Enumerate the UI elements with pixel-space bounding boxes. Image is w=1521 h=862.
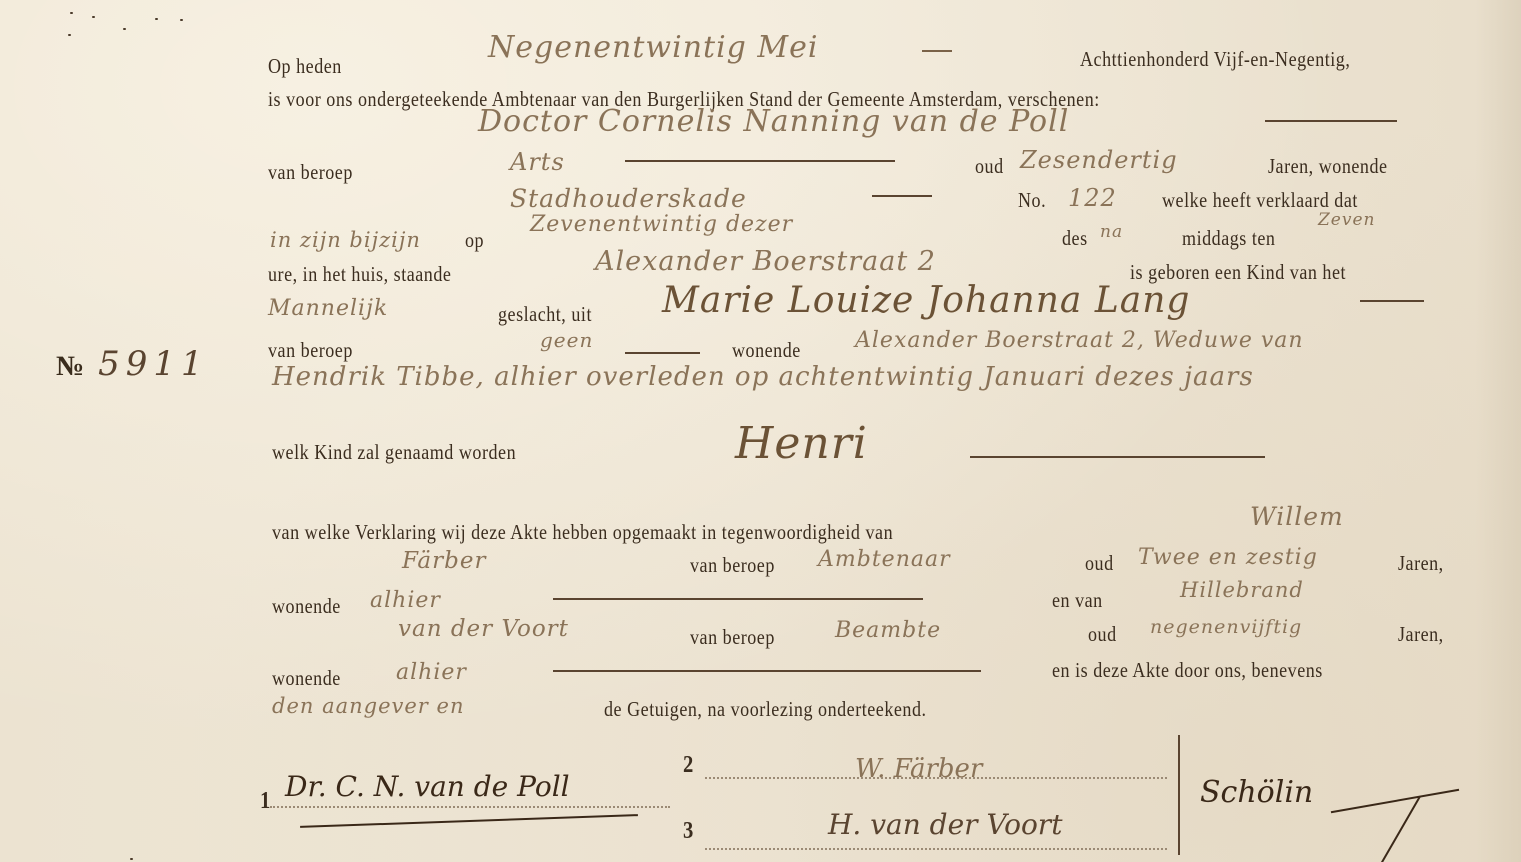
signature-number-2: 2 [683, 752, 694, 779]
signature-line-2 [705, 777, 1167, 779]
hand-in-zijn-bijzijn: in zijn bijzijn [270, 228, 421, 252]
printed-van-beroep-mother: van beroep [268, 338, 353, 363]
printed-no: No. [1018, 188, 1046, 213]
printed-wonende-w1: wonende [272, 594, 341, 619]
printed-jaren-w2: Jaren, [1398, 622, 1444, 647]
hand-witness1-residence: alhier [370, 588, 441, 613]
rule [625, 352, 700, 354]
hand-den-aangever: den aangever en [272, 694, 464, 718]
hand-mother-residence: Alexander Boerstraat 2, Weduwe van [855, 328, 1304, 353]
record-number-label: № [56, 351, 84, 382]
hand-declarant-age: Zesendertig [1020, 146, 1178, 174]
hand-birth-date: Zevenentwintig dezer [530, 212, 793, 237]
printed-akte-door-ons: en is deze Akte door ons, benevens [1052, 658, 1323, 683]
signature-official-flourish [1331, 789, 1459, 814]
hand-mother-name: Marie Louize Johanna Lang [662, 280, 1190, 321]
record-number-value: 5911 [98, 344, 209, 384]
printed-des: des [1062, 226, 1088, 251]
signature-official: Schölin [1200, 775, 1313, 810]
printed-op-heden: Op heden [268, 54, 342, 79]
printed-middags-ten: middags ten [1182, 226, 1275, 251]
signature-brace [1178, 735, 1180, 855]
signature-number-3: 3 [683, 818, 694, 845]
hand-mother-occupation: geen [540, 328, 593, 352]
printed-verklaring: van welke Verklaring wij deze Akte hebbe… [272, 520, 893, 545]
hand-birth-hour: Zeven [1318, 210, 1376, 230]
hand-witness1-occupation: Ambtenaar [818, 547, 951, 572]
hand-child-name: Henri [735, 418, 868, 469]
printed-van-beroep: van beroep [268, 160, 353, 185]
hand-witness2-last: van der Voort [398, 616, 569, 642]
rule [872, 195, 932, 197]
rule [1360, 300, 1424, 302]
hand-late-husband: Hendrik Tibbe, alhier overleden op achte… [272, 362, 1254, 392]
printed-op: op [465, 228, 484, 253]
printed-van-beroep-w1: van beroep [690, 553, 775, 578]
rule [553, 670, 981, 672]
rule [922, 50, 952, 52]
hand-witness2-residence: alhier [396, 660, 467, 685]
printed-geslacht-uit: geslacht, uit [498, 302, 592, 327]
hand-declarant-street: Stadhouderskade [510, 184, 747, 213]
printed-jaren-w1: Jaren, [1398, 551, 1444, 576]
printed-jaren-wonende: Jaren, wonende [1268, 154, 1388, 179]
hand-na: na [1100, 222, 1123, 242]
hand-house-number: 122 [1068, 184, 1117, 212]
rule [1265, 120, 1397, 122]
hand-witness2-first: Hillebrand [1180, 578, 1304, 602]
hand-witness2-age: negenenvijftig [1150, 616, 1302, 638]
signature-official-stroke [1379, 796, 1421, 862]
printed-wonende-w2: wonende [272, 666, 341, 691]
printed-oud: oud [975, 154, 1004, 179]
rule [625, 160, 895, 162]
signature-line-3 [705, 848, 1167, 850]
printed-van-beroep-w2: van beroep [690, 625, 775, 650]
rule [553, 598, 923, 600]
signature-witness-2: H. van der Voort [828, 808, 1062, 841]
printed-oud-w1: oud [1085, 551, 1114, 576]
printed-wonende-mother: wonende [732, 338, 801, 363]
hand-witness1-first: Willem [1250, 502, 1344, 531]
hand-date-of-declaration: Negenentwintig Mei [488, 30, 818, 65]
printed-getuigen: de Getuigen, na voorlezing onderteekend. [604, 697, 927, 722]
signature-number-1: 1 [260, 788, 271, 815]
signature-declarant: Dr. C. N. van de Poll [285, 770, 570, 803]
signature-witness-1: W. Färber [855, 754, 982, 784]
hand-declarant-name: Doctor Cornelis Nanning van de Poll [478, 104, 1069, 139]
rule [970, 456, 1265, 458]
hand-birth-address: Alexander Boerstraat 2 [595, 246, 936, 277]
printed-ure-huis: ure, in het huis, staande [268, 262, 451, 287]
hand-declarant-occupation: Arts [510, 148, 565, 176]
hand-sex: Mannelijk [268, 296, 388, 321]
hand-witness1-age: Twee en zestig [1138, 545, 1318, 570]
hand-witness2-occupation: Beambte [835, 618, 941, 643]
printed-oud-w2: oud [1088, 622, 1117, 647]
record-number: № 5911 [56, 344, 209, 384]
printed-en-van: en van [1052, 588, 1103, 613]
signature-line-1 [270, 806, 670, 808]
printed-year: Achttienhonderd Vijf-en-Negentig, [1080, 47, 1350, 72]
hand-witness1-last: Färber [402, 548, 486, 574]
printed-welk-kind: welk Kind zal genaamd worden [272, 440, 516, 465]
signature-underline [300, 814, 638, 828]
